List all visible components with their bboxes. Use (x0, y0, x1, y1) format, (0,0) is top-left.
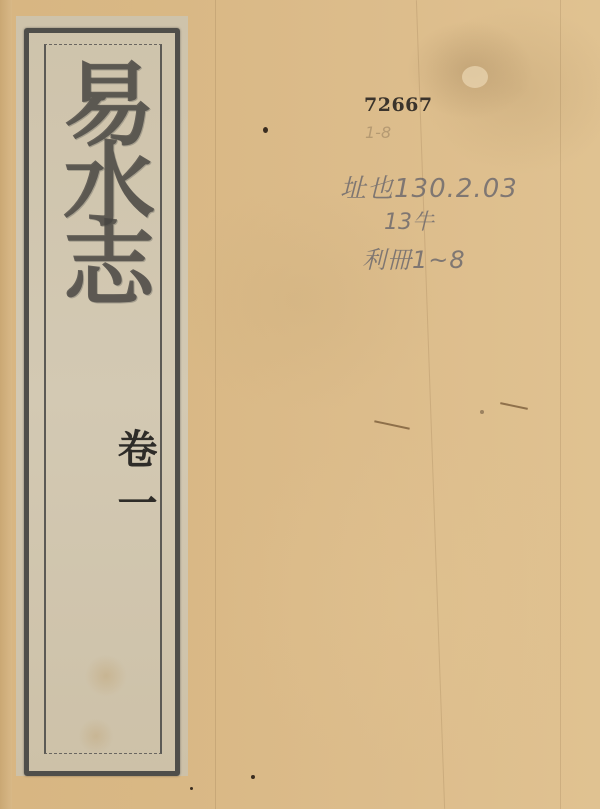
ink-speck (263, 127, 268, 133)
paper-stain (500, 402, 528, 410)
pencil-volume-range: 利冊1~8 (362, 240, 466, 275)
book-title: 易水志 (44, 56, 158, 296)
book-cover: 易水志 卷一 72667 1-8 址也130.2.03 13牛 利冊1~8 (0, 0, 600, 809)
paper-stain (462, 66, 488, 88)
volume-number: 卷一 (104, 428, 164, 536)
pencil-note-faint: 1-8 (365, 123, 391, 142)
catalog-number-stamp: 72667 (364, 94, 433, 116)
pencil-call-number: 址也130.2.03 (340, 168, 518, 205)
paper-crease (560, 0, 561, 809)
ink-speck (251, 775, 255, 779)
cover-left-edge (0, 0, 12, 809)
pencil-note: 13牛 (384, 205, 434, 236)
ink-speck (480, 410, 484, 414)
title-label-slip: 易水志 卷一 (16, 16, 188, 776)
paper-crease (416, 0, 445, 809)
paper-crease (215, 0, 216, 809)
ink-speck (190, 787, 193, 790)
paper-stain (374, 420, 410, 429)
